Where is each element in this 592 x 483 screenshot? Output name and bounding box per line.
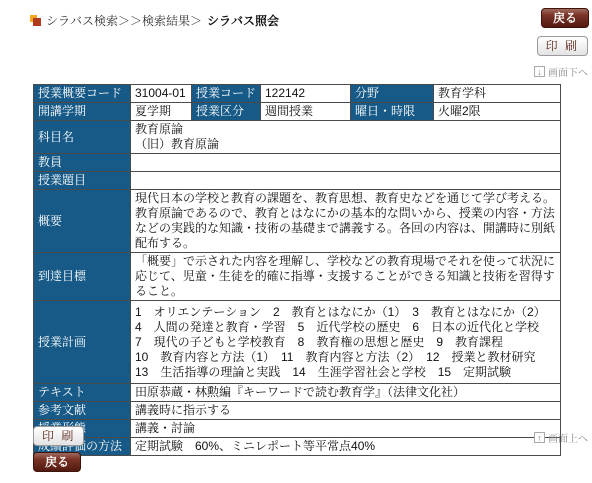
syllabus-detail-page: シラバス検索＞＞検索結果＞シラバス照会 戻る 印 刷 ↓ 画面下へ 授業概要コー…	[0, 0, 592, 483]
syllabus-table: 授業概要コード 31004-01 授業コード 122142 分野 教育学科 開講…	[33, 84, 561, 456]
value-grading-method: 定期試験 60%、ミニレポート等平常点40%	[131, 438, 561, 456]
up-arrow-icon: ↑	[534, 432, 545, 443]
table-row: 参考文献 講義時に指示する	[34, 402, 561, 420]
table-row: 到達目標 「概要」で示された内容を理解し、学校などの教育現場でそれを使って状況に…	[34, 253, 561, 301]
page-marker-icon	[30, 15, 41, 26]
value-overview: 現代日本の学校と教育の課題を、教育思想、教育史などを通じて学び考える。教育原論で…	[131, 190, 561, 253]
table-row: 開講学期 夏学期 授業区分 週間授業 曜日・時限 火曜2限	[34, 103, 561, 121]
label-instructor: 教員	[34, 154, 131, 172]
table-row: 授業概要コード 31004-01 授業コード 122142 分野 教育学科	[34, 85, 561, 103]
table-row: 教員	[34, 154, 561, 172]
label-course-summary-code: 授業概要コード	[34, 85, 131, 103]
table-row: 授業題目	[34, 172, 561, 190]
down-arrow-icon: ↓	[534, 66, 545, 77]
label-references: 参考文献	[34, 402, 131, 420]
value-field: 教育学科	[434, 85, 561, 103]
label-day-period: 曜日・時限	[351, 103, 434, 121]
label-course-plan: 授業計画	[34, 301, 131, 384]
value-instructor	[131, 154, 561, 172]
value-semester: 夏学期	[131, 103, 192, 121]
value-class-format: 講義・討論	[131, 420, 561, 438]
label-textbook: テキスト	[34, 384, 131, 402]
value-course-title	[131, 172, 561, 190]
breadcrumb-current: シラバス照会	[207, 12, 279, 29]
label-overview: 概要	[34, 190, 131, 253]
table-row: 科目名 教育原論 （旧）教育原論	[34, 121, 561, 154]
table-row: 概要 現代日本の学校と教育の課題を、教育思想、教育史などを通じて学び考える。教育…	[34, 190, 561, 253]
to-page-bottom-link[interactable]: ↓ 画面下へ	[534, 64, 588, 79]
to-page-bottom-label: 画面下へ	[548, 64, 588, 79]
back-button-top[interactable]: 戻る	[541, 8, 589, 28]
back-button-bottom[interactable]: 戻る	[33, 452, 81, 472]
value-textbook: 田原恭蔵・林勲編『キーワードで読む教育学』（法律文化社）	[131, 384, 561, 402]
label-course-code: 授業コード	[192, 85, 261, 103]
to-page-top-label: 画面上へ	[548, 430, 588, 445]
table-row: テキスト 田原恭蔵・林勲編『キーワードで読む教育学』（法律文化社）	[34, 384, 561, 402]
label-semester: 開講学期	[34, 103, 131, 121]
label-course-title: 授業題目	[34, 172, 131, 190]
breadcrumb: シラバス検索＞＞検索結果＞シラバス照会	[30, 12, 279, 29]
value-course-type: 週間授業	[261, 103, 351, 121]
print-button-top[interactable]: 印 刷	[537, 36, 588, 56]
value-course-summary-code: 31004-01	[131, 85, 192, 103]
label-field: 分野	[351, 85, 434, 103]
label-course-type: 授業区分	[192, 103, 261, 121]
value-references: 講義時に指示する	[131, 402, 561, 420]
table-row: 成績評価の方法 定期試験 60%、ミニレポート等平常点40%	[34, 438, 561, 456]
label-goals: 到達目標	[34, 253, 131, 301]
print-button-bottom[interactable]: 印 刷	[33, 426, 84, 446]
value-goals: 「概要」で示された内容を理解し、学校などの教育現場でそれを使って状況に応じて、児…	[131, 253, 561, 301]
value-course-plan: 1 オリエンテーション 2 教育とはなにか（1） 3 教育とはなにか（2） 4 …	[131, 301, 561, 384]
table-row: 授業形態 講義・討論	[34, 420, 561, 438]
breadcrumb-path: シラバス検索＞＞検索結果＞	[46, 12, 202, 29]
value-course-code: 122142	[261, 85, 351, 103]
value-day-period: 火曜2限	[434, 103, 561, 121]
to-page-top-link[interactable]: ↑ 画面上へ	[534, 430, 588, 445]
table-row: 授業計画 1 オリエンテーション 2 教育とはなにか（1） 3 教育とはなにか（…	[34, 301, 561, 384]
label-subject-name: 科目名	[34, 121, 131, 154]
value-subject-name: 教育原論 （旧）教育原論	[131, 121, 561, 154]
